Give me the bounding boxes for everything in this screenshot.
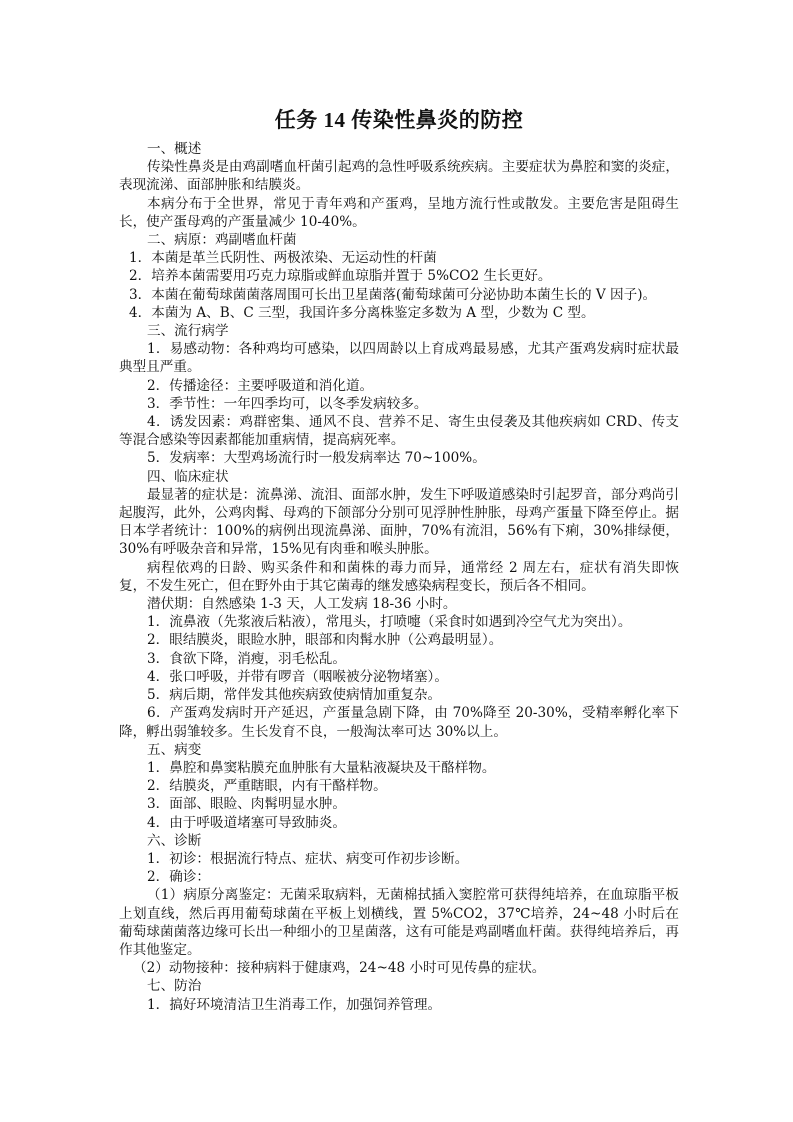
section-heading-symptoms: 四、临床症状: [119, 468, 679, 486]
list-item: 1．初诊：根据流行特点、症状、病变可作初步诊断。: [119, 850, 679, 868]
list-item: 2．培养本菌需要用巧克力琼脂或鲜血琼脂并置于 5%CO2 生长更好。: [119, 267, 679, 285]
section-heading-prevention: 七、防治: [119, 977, 679, 995]
section-heading-lesions: 五、病变: [119, 741, 679, 759]
list-item: 4．由于呼吸道堵塞可导致肺炎。: [119, 814, 679, 832]
section-heading-overview: 一、概述: [119, 140, 679, 158]
paragraph: 最显著的症状是：流鼻涕、流泪、面部水肿，发生下呼吸道感染时引起罗音，部分鸡尚引起…: [119, 486, 679, 559]
list-item: 1．本菌是革兰氏阴性、两极浓染、无运动性的杆菌: [119, 249, 679, 267]
list-item: 2．传播途径：主要呼吸道和消化道。: [119, 377, 679, 395]
list-item: 4．诱发因素：鸡群密集、通风不良、营养不足、寄生虫侵袭及其他疾病如 CRD、传支…: [119, 413, 679, 449]
list-item: 1．搞好环境清洁卫生消毒工作，加强饲养管理。: [119, 996, 679, 1014]
paragraph: 传染性鼻炎是由鸡副嗜血杆菌引起鸡的急性呼吸系统疾病。主要症状为鼻腔和窦的炎症，表…: [119, 158, 679, 194]
list-item: 3．食欲下降，消瘦，羽毛松乱。: [119, 650, 679, 668]
section-heading-epidemiology: 三、流行病学: [119, 322, 679, 340]
list-item: 6．产蛋鸡发病时开产延迟，产蛋量急剧下降，由 70%降至 20-30%，受精率孵…: [119, 704, 679, 740]
list-item: 1．流鼻液（先浆液后粘液），常甩头，打喷嚏（采食时如遇到冷空气尤为突出）。: [119, 613, 679, 631]
paragraph: 本病分布于全世界，常见于青年鸡和产蛋鸡，呈地方流行性或散发。主要危害是阻碍生长，…: [119, 195, 679, 231]
list-item: 2．眼结膜炎，眼睑水肿，眼部和肉髯水肿（公鸡最明显）。: [119, 631, 679, 649]
list-item: 4．本菌为 A、B、C 三型，我国许多分离株鉴定多数为 A 型，少数为 C 型。: [119, 304, 679, 322]
list-item: 5．病后期，常伴发其他疾病致使病情加重复杂。: [119, 686, 679, 704]
list-item: 5．发病率：大型鸡场流行时一般发病率达 70~100%。: [119, 449, 679, 467]
paragraph: 潜伏期：自然感染 1-3 天，人工发病 18-36 小时。: [119, 595, 679, 613]
section-heading-diagnosis: 六、诊断: [119, 832, 679, 850]
section-heading-pathogen: 二、病原：鸡副嗜血杆菌: [119, 231, 679, 249]
list-item: 1．易感动物：各种鸡均可感染，以四周龄以上育成鸡最易感，尤其产蛋鸡发病时症状最典…: [119, 340, 679, 376]
list-item: 3．季节性：一年四季均可，以冬季发病较多。: [119, 395, 679, 413]
list-item: （2）动物接种：接种病料于健康鸡，24~48 小时可见传鼻的症状。: [119, 959, 679, 977]
document-body: 一、概述 传染性鼻炎是由鸡副嗜血杆菌引起鸡的急性呼吸系统疾病。主要症状为鼻腔和窦…: [119, 140, 679, 1014]
list-item: 2．确诊：: [119, 868, 679, 886]
list-item: 2．结膜炎，严重瞎眼，内有干酪样物。: [119, 777, 679, 795]
page-title: 任务 14 传染性鼻炎的防控: [119, 104, 679, 134]
list-item: 3．面部、眼睑、肉髯明显水肿。: [119, 795, 679, 813]
list-item: 3．本菌在葡萄球菌菌落周围可长出卫星菌落(葡萄球菌可分泌协助本菌生长的 V 因子…: [119, 286, 679, 304]
list-item: 1．鼻腔和鼻窦粘膜充血肿胀有大量粘液凝块及干酪样物。: [119, 759, 679, 777]
list-item: 4．张口呼吸，并带有啰音（咽喉被分泌物堵塞）。: [119, 668, 679, 686]
list-item: （1）病原分离鉴定：无菌采取病料，无菌棉拭插入窦腔常可获得纯培养，在血琼脂平板上…: [119, 886, 679, 959]
paragraph: 病程依鸡的日龄、购买条件和和菌株的毒力而异，通常经 2 周左右，症状有消失即恢复…: [119, 559, 679, 595]
